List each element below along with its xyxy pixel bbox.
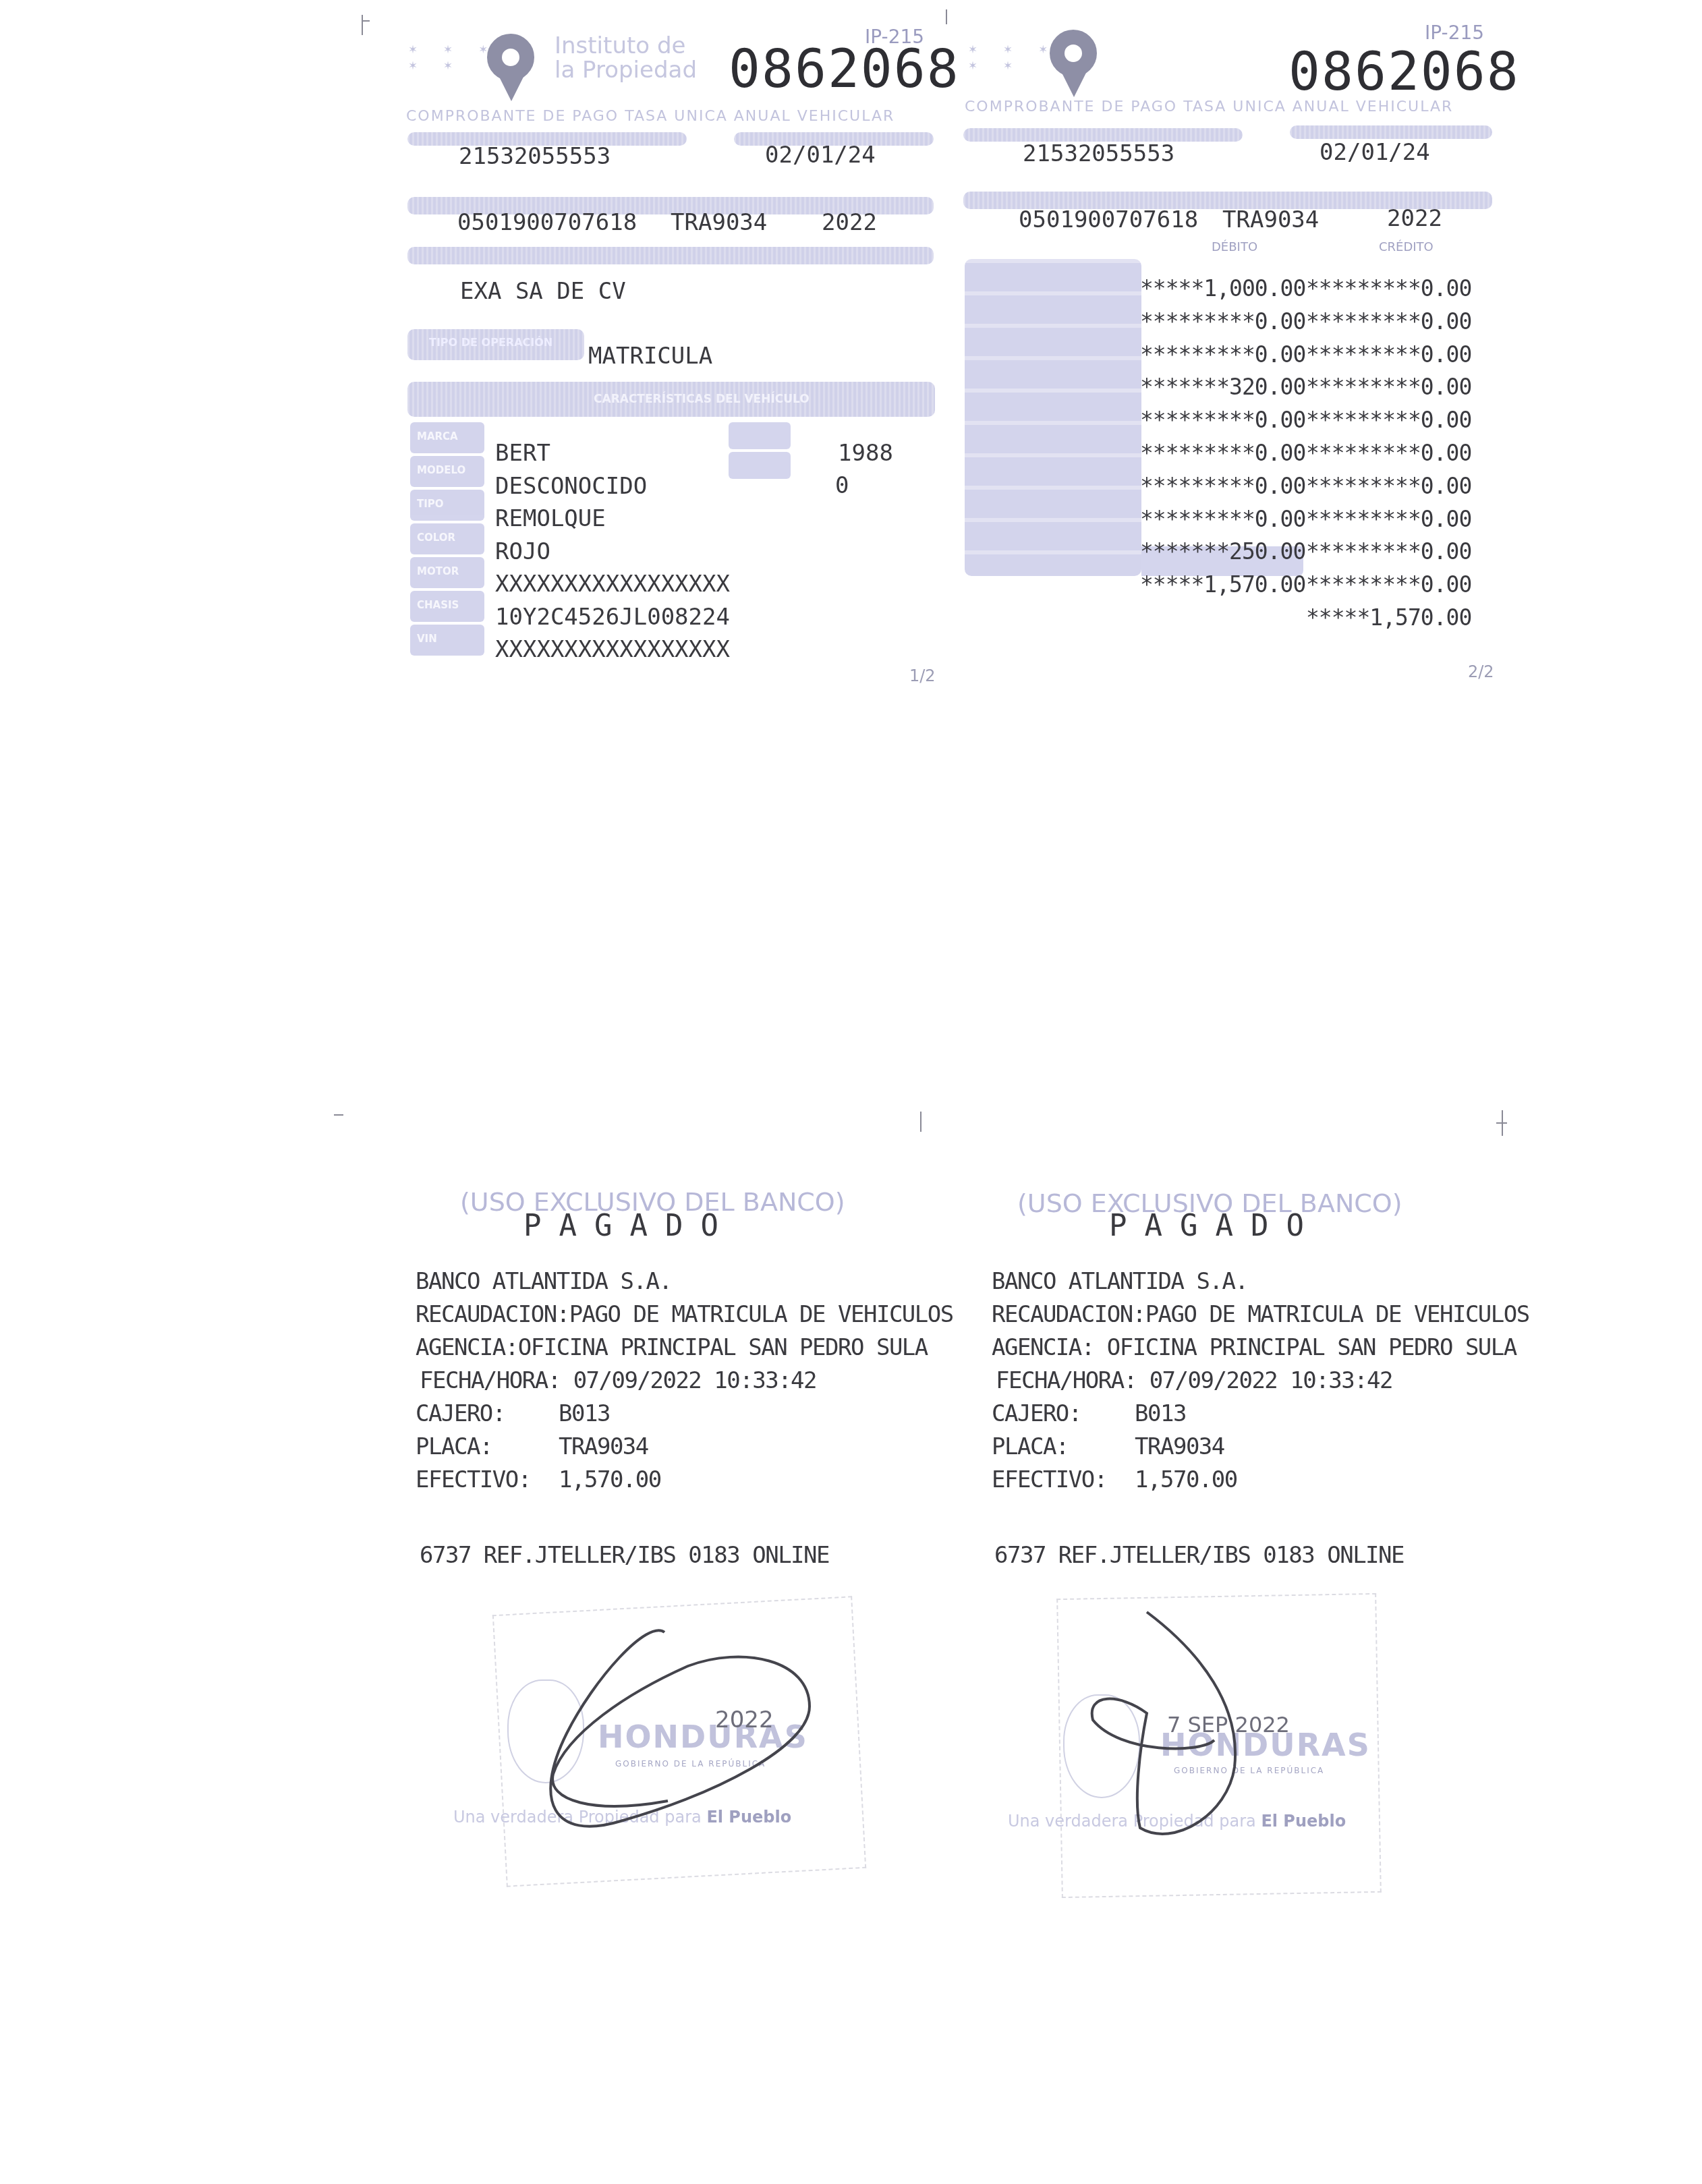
ip-logo-tail-icon — [1060, 70, 1087, 97]
debit-amount: *********0.00 — [1140, 473, 1305, 499]
vehicle-value: XXXXXXXXXXXXXXXXX — [495, 636, 730, 663]
bank-field-label: CAJERO: — [416, 1400, 505, 1427]
placa-value: TRA9034 — [1222, 206, 1319, 233]
registration-mark — [920, 1112, 921, 1132]
propietario-value: EXA SA DE CV — [460, 278, 626, 305]
bank-reference: 6737 REF.JTELLER/IBS 0183 ONLINE — [994, 1542, 1404, 1569]
registration-mark — [362, 15, 363, 35]
debit-column-header: DÉBITO — [1212, 240, 1257, 254]
vehicle-label-color: COLOR — [410, 523, 484, 554]
concept-labels-block — [965, 259, 1141, 576]
vehicle-label-marca: MARCA — [410, 422, 484, 453]
registration-mark — [362, 20, 370, 22]
vehicle-label-text: MARCA — [417, 430, 458, 442]
bank-field-value: 1,570.00 — [559, 1466, 661, 1493]
debit-amount: *****1,570.00 — [1140, 571, 1305, 598]
form-code: IP-215 — [1425, 22, 1484, 44]
net-total: *****1,570.00 — [1306, 604, 1471, 631]
tipo-operacion-label-text: TIPO DE OPERACIÓN — [429, 336, 552, 349]
registration-mark — [334, 1114, 343, 1116]
receipt-subtitle: COMPROBANTE DE PAGO TASA UNICA ANUAL VEH… — [406, 108, 895, 125]
debit-amount: *********0.00 — [1140, 407, 1305, 433]
placa-value: TRA9034 — [671, 209, 767, 236]
credit-amount: *********0.00 — [1306, 407, 1471, 433]
debit-amount: *******320.00 — [1140, 374, 1305, 400]
credit-amount: *********0.00 — [1306, 275, 1471, 301]
bank-slip-line: FECHA/HORA: 07/09/2022 10:33:42 — [420, 1367, 816, 1394]
bank-field-label: EFECTIVO: — [992, 1466, 1107, 1493]
vehicle-label-modelo: MODELO — [410, 456, 484, 487]
debit-amount: *******250.00 — [1140, 538, 1305, 565]
label-bar-date — [1290, 125, 1492, 139]
paid-status: PAGADO — [523, 1209, 736, 1243]
flag-stars-icon: ✶ ✶ ✶✶ ✶ — [409, 40, 497, 73]
debit-amount: *********0.00 — [1140, 341, 1305, 368]
vehicle-label-motor: MOTOR — [410, 557, 484, 588]
bank-field-label: PLACA: — [416, 1433, 492, 1460]
vehicle-label-text: TIPO — [417, 498, 444, 510]
identificacion-value: 0501900707618 — [1019, 206, 1198, 233]
vehicle-label-text: CHASIS — [417, 599, 459, 611]
bank-slip-line: BANCO ATLANTIDA S.A. — [992, 1268, 1247, 1295]
bank-field-label: EFECTIVO: — [416, 1466, 531, 1493]
vehicle-value: XXXXXXXXXXXXXXXXX — [495, 571, 730, 598]
vehicle-label-text: COLOR — [417, 531, 455, 544]
debit-amount: *********0.00 — [1140, 506, 1305, 532]
bank-field-value: B013 — [559, 1400, 610, 1427]
bank-slip-line: RECAUDACION:PAGO DE MATRICULA DE VEHICUL… — [992, 1301, 1529, 1328]
debit-amount: *****1,000.00 — [1140, 275, 1305, 301]
credit-amount: *********0.00 — [1306, 506, 1471, 532]
bank-field-value: TRA9034 — [559, 1433, 648, 1460]
registration-mark — [1496, 1122, 1507, 1124]
label-bar-propietario — [407, 247, 934, 264]
receipt-subtitle: COMPROBANTE DE PAGO TASA UNICA ANUAL VEH… — [965, 98, 1453, 115]
signature-1 — [513, 1599, 863, 1848]
credit-amount: *********0.00 — [1306, 308, 1471, 335]
issue-date: 02/01/24 — [1320, 139, 1430, 166]
vehicle-label-chasis: CHASIS — [410, 591, 484, 622]
vehicle-value: 10Y2C4526JL008224 — [495, 604, 730, 631]
vehicle-label-text: MODELO — [417, 464, 465, 476]
receipt-number: 0862068 — [729, 39, 960, 100]
anio-value: 2022 — [822, 209, 877, 236]
credit-column-header: CRÉDITO — [1379, 240, 1434, 254]
tipo-operacion-value: MATRICULA — [588, 343, 712, 370]
account-number: 21532055553 — [1023, 140, 1174, 167]
vehicle-anio-value: 1988 — [838, 440, 893, 467]
vehicle-label-text: VIN — [417, 633, 437, 645]
ip-logo-tail-icon — [498, 74, 525, 101]
credit-amount: *********0.00 — [1306, 571, 1471, 598]
bank-slip-line: AGENCIA:OFICINA PRINCIPAL SAN PEDRO SULA — [416, 1334, 928, 1361]
bank-field-value: B013 — [1135, 1400, 1186, 1427]
debit-amount: *********0.00 — [1140, 308, 1305, 335]
bank-slip-line: AGENCIA: OFICINA PRINCIPAL SAN PEDRO SUL… — [992, 1334, 1516, 1361]
issue-date: 02/01/24 — [765, 142, 876, 169]
label-cell-cil — [729, 452, 791, 479]
receipt-number: 0862068 — [1288, 42, 1520, 103]
debit-amount: *********0.00 — [1140, 440, 1305, 466]
bank-slip-line: BANCO ATLANTIDA S.A. — [416, 1268, 671, 1295]
vehicle-cil-value: 0 — [835, 472, 849, 499]
page-number: 2/2 — [1468, 662, 1494, 681]
credit-amount: *********0.00 — [1306, 341, 1471, 368]
vehicle-label-text: MOTOR — [417, 565, 459, 577]
vehicle-value: REMOLQUE — [495, 505, 606, 532]
vehicle-label-tipo: TIPO — [410, 490, 484, 521]
bank-reference: 6737 REF.JTELLER/IBS 0183 ONLINE — [420, 1542, 829, 1569]
credit-amount: *********0.00 — [1306, 374, 1471, 400]
vehicle-value: ROJO — [495, 538, 550, 565]
bank-field-label: PLACA: — [992, 1433, 1069, 1460]
bank-slip-line: FECHA/HORA: 07/09/2022 10:33:42 — [996, 1367, 1392, 1394]
account-number: 21532055553 — [459, 143, 611, 170]
bank-field-value: TRA9034 — [1135, 1433, 1224, 1460]
bank-field-value: 1,570.00 — [1135, 1466, 1237, 1493]
credit-amount: *********0.00 — [1306, 440, 1471, 466]
credit-amount: *********0.00 — [1306, 473, 1471, 499]
identificacion-value: 0501900707618 — [457, 209, 637, 236]
bank-slip-line: RECAUDACION:PAGO DE MATRICULA DE VEHICUL… — [416, 1301, 953, 1328]
vehicle-label-vin: VIN — [410, 625, 484, 656]
signature-2 — [1079, 1599, 1295, 1855]
anio-value: 2022 — [1387, 205, 1442, 232]
logo-text-line2: la Propiedad — [555, 58, 697, 82]
flag-stars-icon: ✶ ✶ ✶✶ ✶ — [969, 40, 1056, 73]
page-number: 1/2 — [909, 666, 936, 685]
paid-status: PAGADO — [1109, 1209, 1322, 1243]
logo-text-line1: Instituto de — [555, 34, 697, 58]
label-bar-account — [963, 128, 1243, 142]
registration-mark — [946, 9, 947, 24]
credit-amount: *********0.00 — [1306, 538, 1471, 565]
caracteristicas-header-text: CARACTERÍSTICAS DEL VEHÍCULO — [594, 393, 810, 406]
vehicle-value: DESCONOCIDO — [495, 473, 647, 500]
label-cell-anio — [729, 422, 791, 449]
bank-field-label: CAJERO: — [992, 1400, 1081, 1427]
vehicle-value: BERT — [495, 440, 550, 467]
